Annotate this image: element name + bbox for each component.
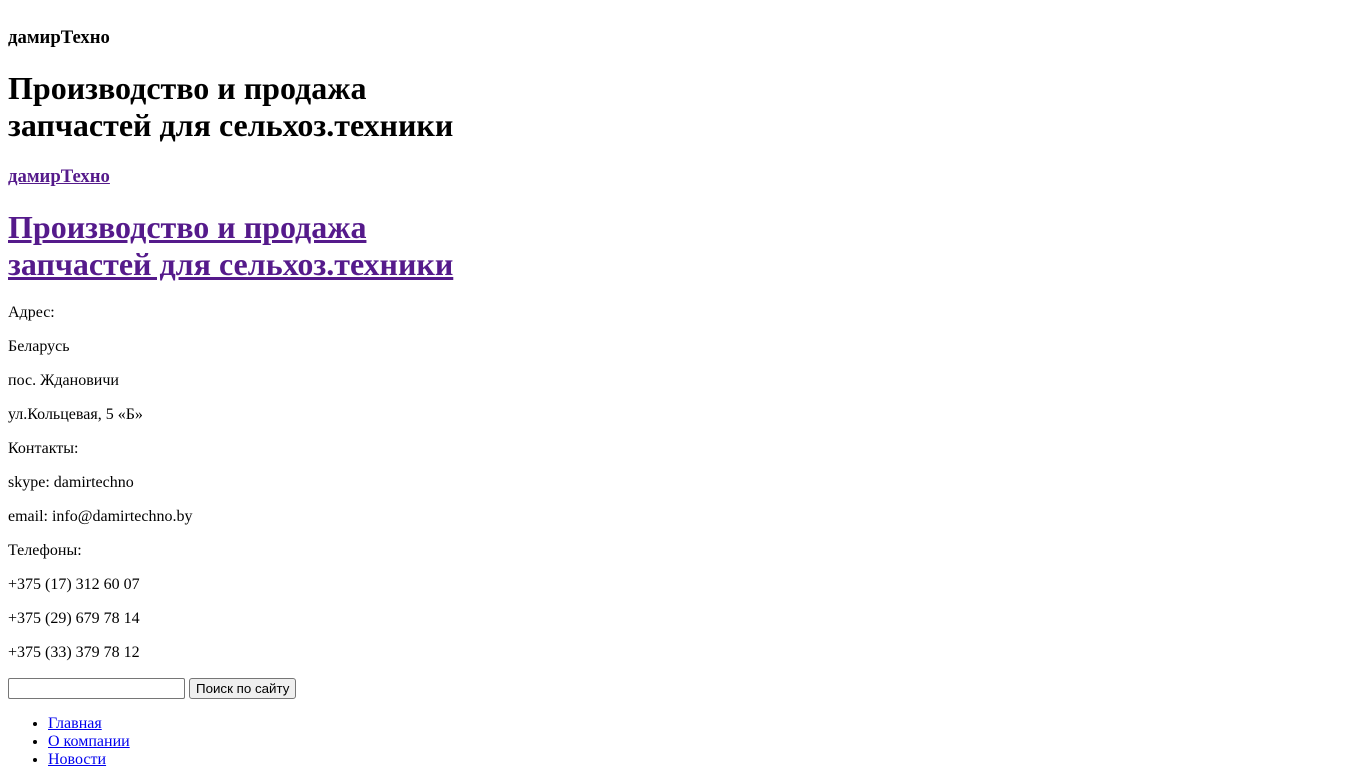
site-tagline: Производство и продажа запчастей для сел…: [8, 70, 478, 144]
contacts-block: Контакты: skype: damirtechno email: info…: [8, 440, 1358, 526]
address-settlement: пос. Ждановичи: [8, 372, 1358, 390]
address-label: Адрес:: [8, 304, 1358, 322]
main-nav: Главная О компании Новости: [8, 715, 1358, 768]
page: дамирТехно Производство и продажа запчас…: [8, 27, 1358, 768]
nav-link-about[interactable]: О компании: [48, 733, 130, 750]
phone-number: +375 (29) 679 78 14: [8, 610, 1358, 628]
nav-link-news[interactable]: Новости: [48, 751, 106, 768]
nav-item-home: Главная: [48, 715, 1358, 733]
contact-skype: skype: damirtechno: [8, 474, 1358, 492]
nav-link-home[interactable]: Главная: [48, 715, 102, 732]
search-button[interactable]: Поиск по сайту: [189, 678, 296, 699]
tagline-link[interactable]: Производство и продажа запчастей для сел…: [8, 209, 453, 282]
site-search-form: Поиск по сайту: [8, 678, 1358, 699]
phone-number: +375 (33) 379 78 12: [8, 644, 1358, 662]
nav-item-about: О компании: [48, 733, 1358, 751]
phone-number: +375 (17) 312 60 07: [8, 576, 1358, 594]
address-block: Адрес: Беларусь пос. Ждановичи ул.Кольце…: [8, 304, 1358, 424]
site-brand: дамирТехно: [8, 27, 1358, 49]
contacts-label: Контакты:: [8, 440, 1358, 458]
search-input[interactable]: [8, 678, 185, 699]
phones-label: Телефоны:: [8, 542, 1358, 560]
site-brand-heading: дамирТехно: [8, 166, 1358, 188]
site-tagline-heading: Производство и продажа запчастей для сел…: [8, 209, 478, 283]
brand-link[interactable]: дамирТехно: [8, 166, 110, 187]
phones-block: Телефоны: +375 (17) 312 60 07 +375 (29) …: [8, 542, 1358, 662]
nav-item-news: Новости: [48, 751, 1358, 768]
address-street: ул.Кольцевая, 5 «Б»: [8, 406, 1358, 424]
contact-email: email: info@damirtechno.by: [8, 508, 1358, 526]
address-country: Беларусь: [8, 338, 1358, 356]
